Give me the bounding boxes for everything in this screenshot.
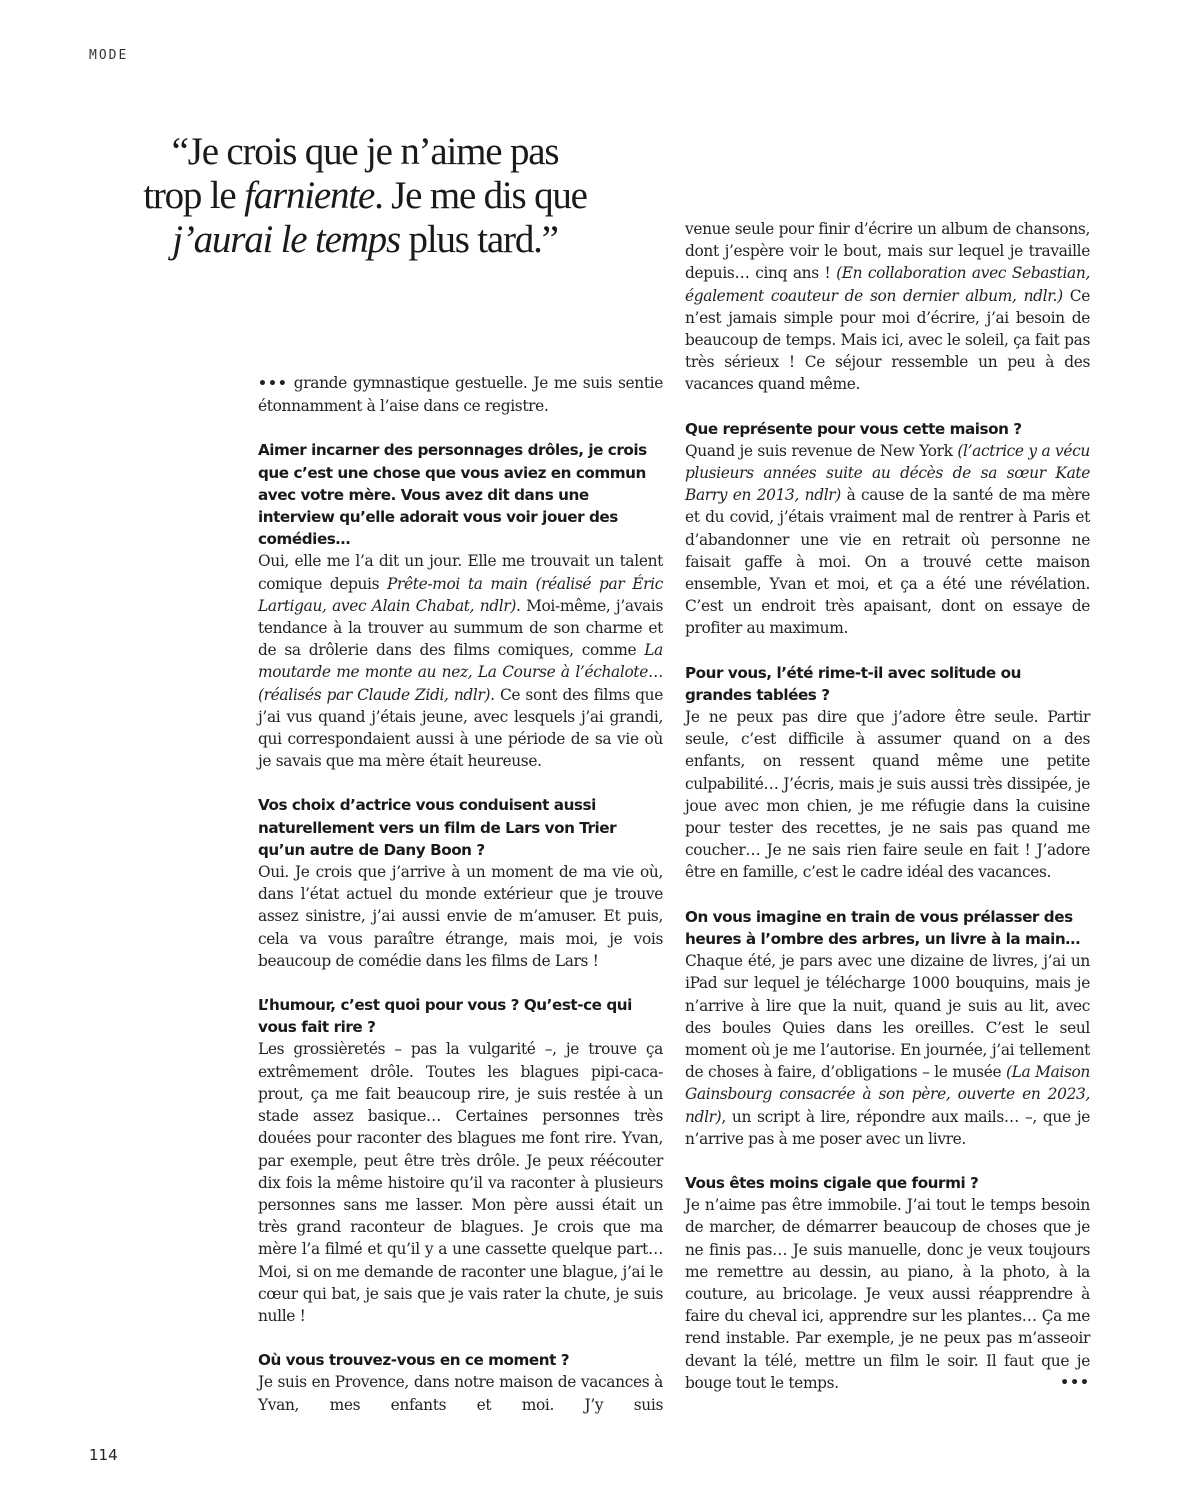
page-number: 114 [89, 1446, 118, 1464]
question-heading: L’humour, c’est quoi pour vous ? Qu’est-… [258, 994, 663, 1038]
pull-quote-italic-1: farniente [244, 174, 374, 217]
pull-quote-text-3: plus tard. [400, 218, 542, 261]
section-label: MODE [89, 48, 128, 63]
end-dots-icon: ••• [1060, 1372, 1090, 1394]
question-heading: Aimer incarner des personnages drôles, j… [258, 439, 663, 550]
question-heading: Vos choix d’actrice vous conduisent auss… [258, 794, 663, 861]
question-heading: Vous êtes moins cigale que fourmi ? [685, 1172, 1090, 1194]
question-heading: Que représente pour vous cette maison ? [685, 418, 1090, 440]
answer-paragraph: Quand je suis revenue de New York (l’act… [685, 440, 1090, 640]
answer-paragraph: Les grossièretés – pas la vulgarité –, j… [258, 1038, 663, 1327]
question-heading: On vous imagine en train de vous prélass… [685, 906, 1090, 950]
pull-quote-text-2: . Je me dis que [374, 174, 587, 217]
right-column: venue seule pour finir d’écrire un album… [685, 218, 1090, 1394]
intro-paragraph: ••• grande gymnastique gestuelle. Je me … [258, 372, 663, 417]
answer-paragraph: Oui. Je crois que j’arrive à un moment d… [258, 861, 663, 972]
pull-quote-close-mark: ” [542, 218, 558, 261]
continuation-paragraph: venue seule pour finir d’écrire un album… [685, 218, 1090, 396]
answer-paragraph: Chaque été, je pars avec une dizaine de … [685, 950, 1090, 1150]
pull-quote: “Je crois que je n’aime pas trop le farn… [140, 130, 590, 262]
answer-paragraph: Je suis en Provence, dans notre maison d… [258, 1371, 663, 1415]
answer-paragraph: Je n’aime pas être immobile. J’ai tout l… [685, 1194, 1090, 1394]
question-heading: Pour vous, l’été rime-t-il avec solitude… [685, 662, 1090, 706]
continuation-dots-icon: ••• [258, 376, 288, 392]
pull-quote-italic-2: j’aurai le temps [172, 218, 400, 261]
answer-paragraph: Oui, elle me l’a dit un jour. Elle me tr… [258, 550, 663, 772]
left-column: ••• grande gymnastique gestuelle. Je me … [258, 372, 663, 1416]
pull-quote-open-mark: “ [172, 130, 188, 173]
question-heading: Où vous trouvez-vous en ce moment ? [258, 1349, 663, 1371]
answer-paragraph: Je ne peux pas dire que j’adore être seu… [685, 706, 1090, 884]
